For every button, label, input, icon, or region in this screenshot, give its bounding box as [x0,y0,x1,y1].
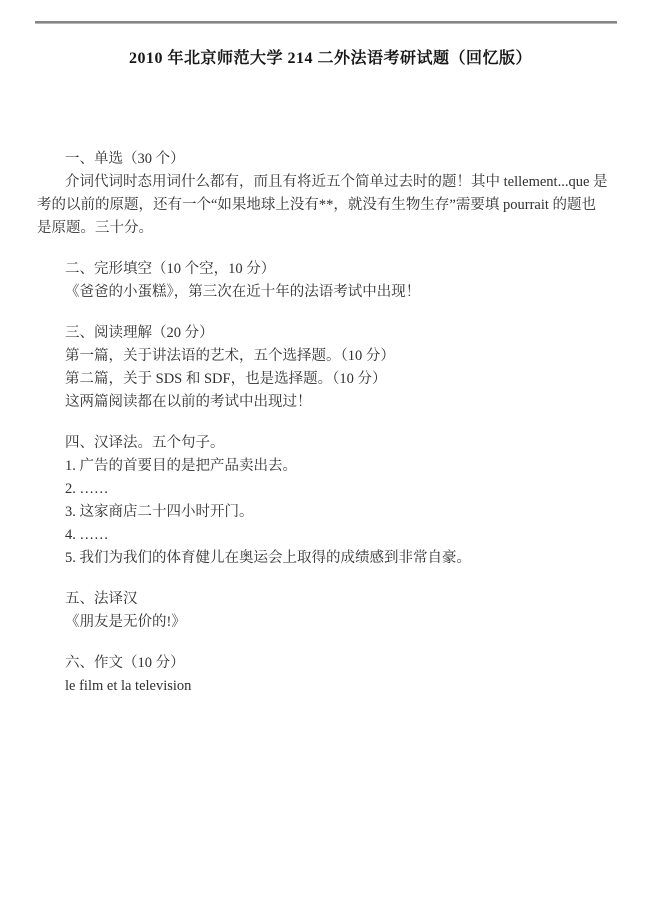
document-body: 一、单选（30 个） 介词代词时态用词什么都有，而且有将近五个简单过去时的题！其… [37,148,623,698]
list-item: 5. 我们为我们的体育健儿在奥运会上取得的成绩感到非常自豪。 [37,547,623,570]
paragraph-line: 介词代词时态用词什么都有，而且有将近五个简单过去时的题！其中 tellement… [37,171,623,194]
section-heading: 六、作文（10 分） [37,652,623,675]
section-heading: 二、完形填空（10 个空，10 分） [37,258,623,281]
list-item: 3. 这家商店二十四小时开门。 [37,501,623,524]
paragraph-line: 考的以前的原题，还有一个“如果地球上没有**，就没有生物生存”需要填 pourr… [37,194,623,217]
document-page: 2010 年北京师范大学 214 二外法语考研试题（回忆版） 一、单选（30 个… [0,0,661,905]
essay-topic: le film et la television [37,675,623,698]
paragraph-line: 《朋友是无价的!》 [37,611,623,634]
section-1-single-choice: 一、单选（30 个） 介词代词时态用词什么都有，而且有将近五个简单过去时的题！其… [37,148,623,240]
section-6-essay: 六、作文（10 分） le film et la television [37,652,623,698]
top-rule-divider [35,21,617,24]
paragraph-line: 第二篇，关于 SDS 和 SDF，也是选择题。（10 分） [37,368,623,391]
section-heading: 五、法译汉 [37,588,623,611]
document-title: 2010 年北京师范大学 214 二外法语考研试题（回忆版） [0,45,661,68]
list-item: 1. 广告的首要目的是把产品卖出去。 [37,455,623,478]
paragraph-line: 是原题。三十分。 [37,217,623,240]
section-5-fr-to-cn: 五、法译汉 《朋友是无价的!》 [37,588,623,634]
paragraph-line: 这两篇阅读都在以前的考试中出现过！ [37,391,623,414]
section-4-cn-to-fr: 四、汉译法。五个句子。 1. 广告的首要目的是把产品卖出去。 2. …… 3. … [37,432,623,570]
paragraph-line: 第一篇，关于讲法语的艺术，五个选择题。（10 分） [37,345,623,368]
section-heading: 四、汉译法。五个句子。 [37,432,623,455]
section-heading: 三、阅读理解（20 分） [37,322,623,345]
section-2-cloze: 二、完形填空（10 个空，10 分） 《爸爸的小蛋糕》，第三次在近十年的法语考试… [37,258,623,304]
list-item: 2. …… [37,478,623,501]
paragraph-line: 《爸爸的小蛋糕》，第三次在近十年的法语考试中出现！ [37,281,623,304]
list-item: 4. …… [37,524,623,547]
section-heading: 一、单选（30 个） [37,148,623,171]
section-3-reading: 三、阅读理解（20 分） 第一篇，关于讲法语的艺术，五个选择题。（10 分） 第… [37,322,623,414]
